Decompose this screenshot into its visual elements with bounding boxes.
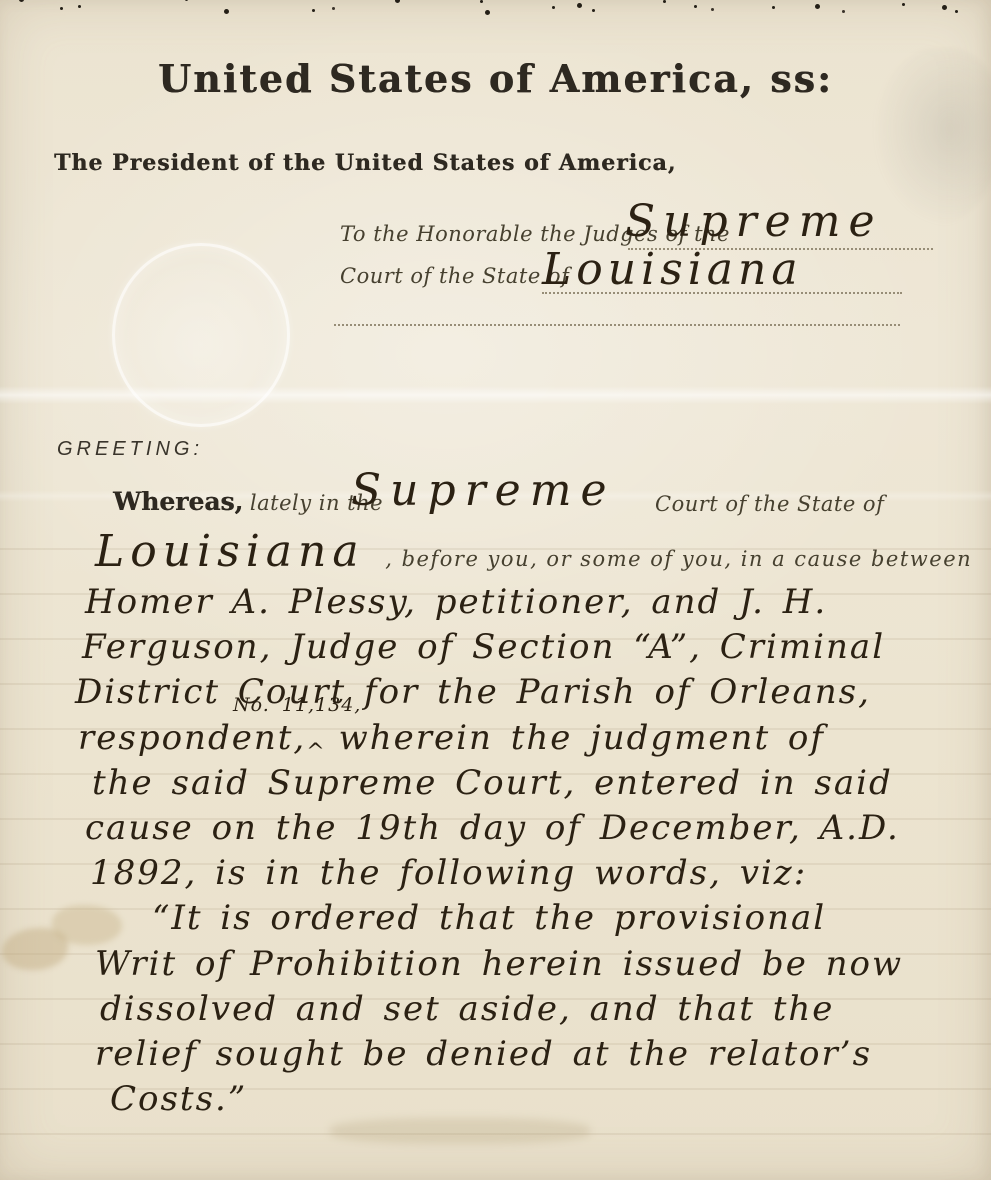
case-number-insertion: No. 11,134, [233,694,361,716]
state-handwritten: Louisiana [95,526,365,577]
caret-insertion-mark: ^ [306,740,326,765]
handwritten-line: Ferguson, Judge of Section “A”, Criminal [82,627,991,672]
handwritten-line: cause on the 19th day of December, A.D. [85,808,991,853]
handwritten-line: dissolved and set aside, and that the [100,989,991,1034]
handwritten-body: Homer A. Plessy, petitioner, and J. H. F… [0,582,991,1124]
handwritten-line: relief sought be denied at the relator’s [95,1034,991,1079]
greeting-label: GREETING: [57,438,203,461]
president-line: The President of the United States of Am… [54,150,676,176]
salutation-line-2-printed: Court of the State of [340,264,569,288]
fill-in-blank-line [334,324,900,326]
salutation-line-2: Court of the State of Louisiana [340,264,569,288]
handwritten-line: Costs.” [110,1079,991,1124]
whereas-printed-b: Court of the State of [655,492,884,516]
whereas-handwritten-court: Supreme [351,469,615,513]
salutation-line-2-handwritten: Louisiana [542,248,803,292]
scanned-document-page: United States of America, ss: The Presid… [0,0,991,1180]
paper-fold-line [0,386,991,404]
handwritten-line: the said Supreme Court, entered in said [92,763,991,808]
whereas-word: Whereas, [113,487,243,516]
handwritten-line-part: wherein the judgment of [339,718,825,758]
whereas-line: Whereas, lately in the Supreme Court of … [113,487,383,516]
state-line: Louisiana , before you, or some of you, … [95,530,972,574]
salutation-line-1: To the Honorable the Judges of the Supre… [340,222,730,246]
handwritten-line: “It is ordered that the provisional [152,898,991,943]
document-title: United States of America, ss: [0,56,991,101]
handwritten-line: 1892, is in the following words, viz: [90,853,991,898]
fill-in-blank-line [542,292,902,294]
handwritten-line: District Court for the Parish of Orleans… [75,672,991,717]
handwritten-line: Writ of Prohibition herein issued be now [95,944,991,989]
handwritten-line: Homer A. Plessy, petitioner, and J. H. [85,582,991,627]
handwritten-line: No. 11,134, respondent,^wherein the judg… [78,718,991,763]
salutation-line-1-handwritten: Supreme [625,200,882,244]
handwritten-line-part: respondent, [78,718,306,758]
state-printed-c: , before you, or some of you, in a cause… [385,547,972,571]
